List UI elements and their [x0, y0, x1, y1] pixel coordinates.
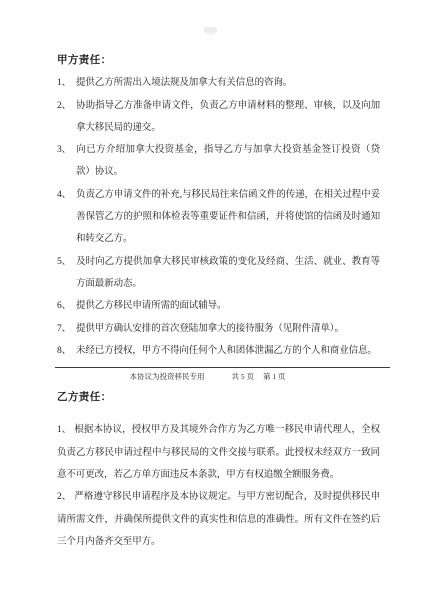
footer-note: 本协议为投资移民专用: [130, 371, 205, 382]
item-text: 严格遵守移民申请程序及本协议规定。与甲方密切配合，及时提供移民申请所需文件，并确…: [57, 492, 380, 547]
item-text: 提供乙方移民申请所需的面试辅导。: [76, 301, 226, 311]
item-text: 未经已方授权，甲方不得向任何个人和团体泄漏乙方的个人和商业信息。: [76, 346, 377, 356]
contract-page: 甲方责任： 1、提供乙方所需出入境法规及加拿大有关信息的咨询。 2、协助指导乙方…: [0, 0, 423, 600]
item-number: 2、: [57, 95, 76, 117]
footer-text-row: 本协议为投资移民专用 共 5 页 第 1 页: [55, 371, 360, 382]
footer-divider: [55, 367, 390, 368]
scan-smudge-artifact: [204, 27, 217, 33]
item-number: 6、: [57, 295, 76, 317]
party-a-heading: 甲方责任：: [57, 50, 380, 72]
item-number: 5、: [57, 251, 76, 273]
item-number: 4、: [57, 184, 76, 206]
page-footer: 本协议为投资移民专用 共 5 页 第 1 页: [55, 367, 390, 382]
item-number: 1、: [57, 425, 74, 435]
item-text: 提供乙方所需出入境法规及加拿大有关信息的咨询。: [76, 78, 292, 88]
party-b-item-1: 1、根据本协议，授权甲方及其境外合作方为乙方唯一移民申请代理人，全权负责乙方移民…: [57, 419, 380, 486]
party-a-item-7: 7、提供甲方确认安排的首次登陆加拿大的接待服务（见附件清单）。: [57, 318, 380, 340]
item-text: 及时向乙方提供加拿大移民审核政策的变化及经商、生活、就业、教育等方面最新动态。: [76, 257, 380, 289]
party-b-item-2: 2、严格遵守移民申请程序及本协议规定。与甲方密切配合，及时提供移民申请所需文件，…: [57, 486, 380, 553]
party-b-heading: 乙方责任：: [57, 387, 380, 409]
footer-total-pages: 共 5 页: [232, 371, 255, 382]
party-a-item-5: 5、及时向乙方提供加拿大移民审核政策的变化及经商、生活、就业、教育等方面最新动态…: [57, 251, 380, 296]
item-text: 提供甲方确认安排的首次登陆加拿大的接待服务（见附件清单）。: [76, 324, 344, 334]
item-text: 负责乙方申请文件的补充,与移民局往来信函文件的传递，在相关过程中妥善保管乙方的护…: [76, 190, 380, 245]
party-a-item-4: 4、负责乙方申请文件的补充,与移民局往来信函文件的传递，在相关过程中妥善保管乙方…: [57, 184, 380, 251]
party-a-item-8: 8、未经已方授权，甲方不得向任何个人和团体泄漏乙方的个人和商业信息。: [57, 340, 380, 362]
item-number: 3、: [57, 139, 76, 161]
party-a-item-1: 1、提供乙方所需出入境法规及加拿大有关信息的咨询。: [57, 72, 380, 94]
party-b-items: 1、根据本协议，授权甲方及其境外合作方为乙方唯一移民申请代理人，全权负责乙方移民…: [57, 419, 380, 553]
party-a-item-2: 2、协助指导乙方准备申请文件，负责乙方申请材料的整理、审核，以及向加拿大移民局的…: [57, 95, 380, 140]
item-text: 向已方介绍加拿大投资基金，指导乙方与加拿大投资基金签订投资（贷款）协议。: [76, 145, 380, 177]
item-number: 8、: [57, 340, 76, 362]
footer-page-number: 第 1 页: [263, 371, 286, 382]
item-number: 2、: [57, 492, 74, 502]
party-a-item-3: 3、向已方介绍加拿大投资基金，指导乙方与加拿大投资基金签订投资（贷款）协议。: [57, 139, 380, 184]
item-number: 7、: [57, 318, 76, 340]
item-text: 根据本协议，授权甲方及其境外合作方为乙方唯一移民申请代理人，全权负责乙方移民申请…: [57, 425, 380, 480]
item-number: 1、: [57, 72, 76, 94]
page-content: 甲方责任： 1、提供乙方所需出入境法规及加拿大有关信息的咨询。 2、协助指导乙方…: [57, 50, 380, 553]
party-a-item-6: 6、提供乙方移民申请所需的面试辅导。: [57, 295, 380, 317]
item-text: 协助指导乙方准备申请文件，负责乙方申请材料的整理、审核，以及向加拿大移民局的递交…: [76, 101, 380, 133]
